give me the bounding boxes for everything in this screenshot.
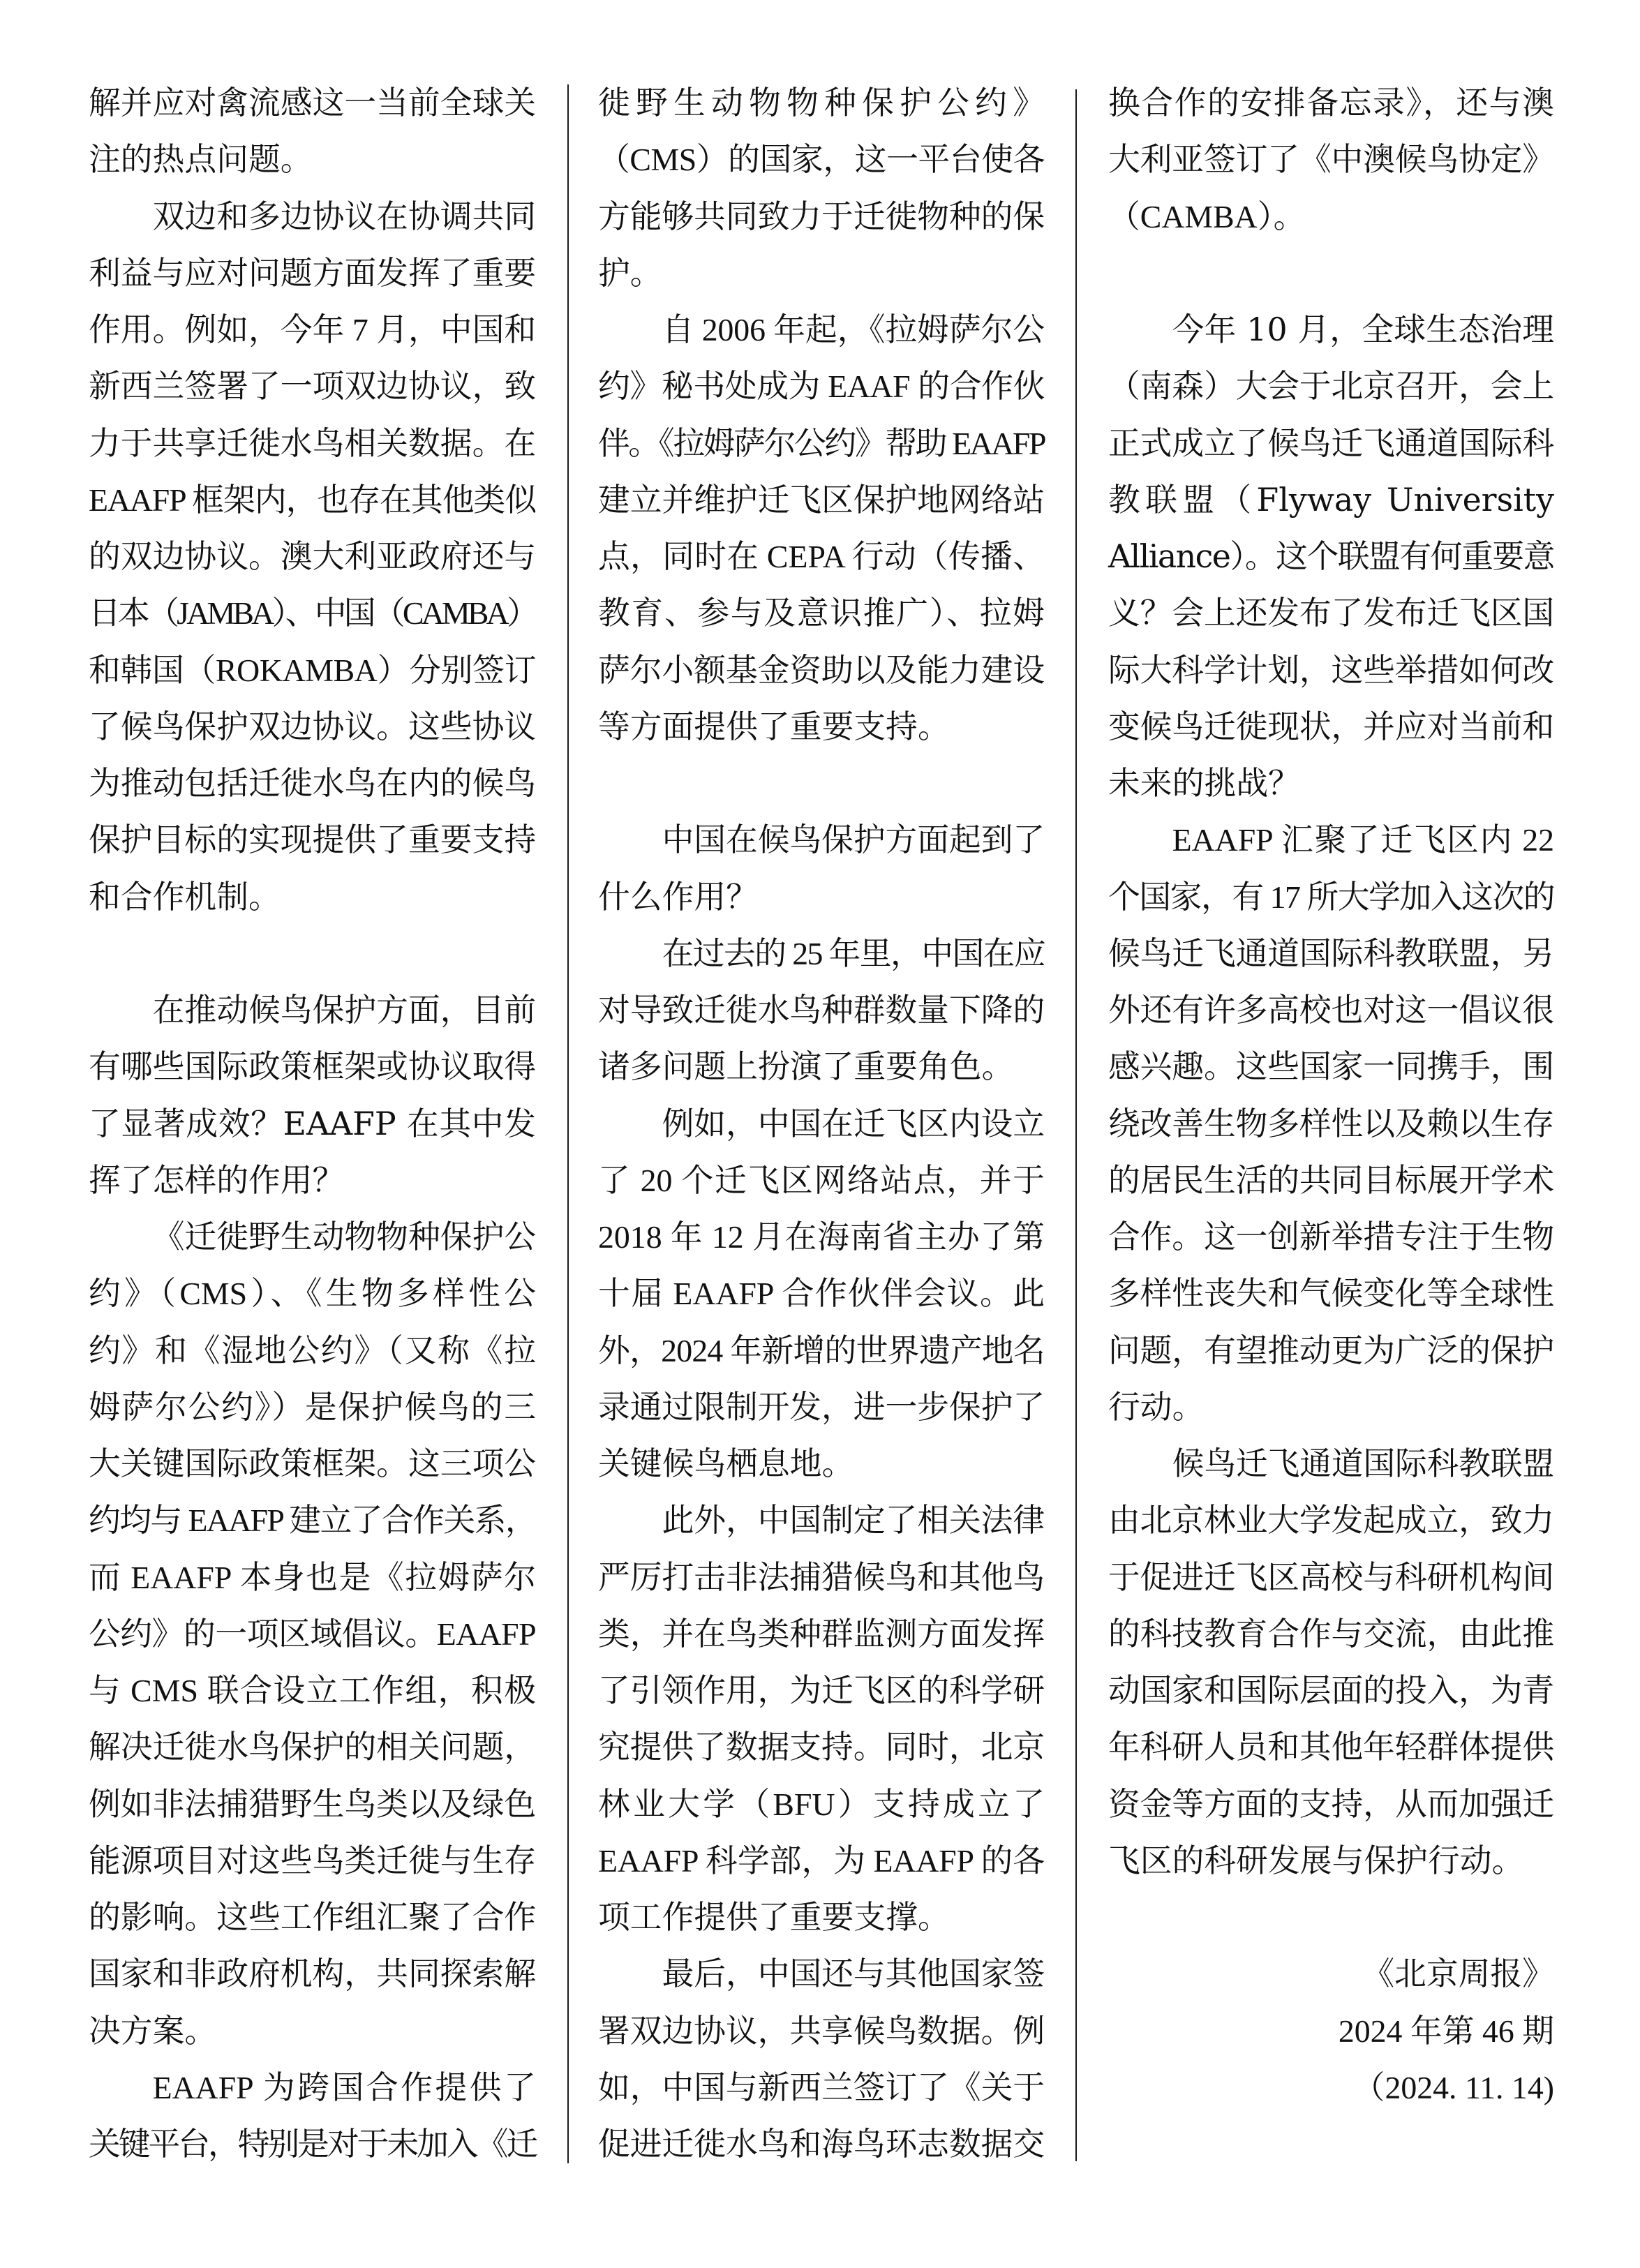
- blank-line: [89, 925, 536, 982]
- text-line: 什么作用？: [598, 869, 1045, 925]
- text-line: 促进迁徙水鸟和海鸟环志数据交: [598, 2116, 1045, 2172]
- text-line: 约均与 EAAFP 建立了合作关系，: [89, 1492, 536, 1549]
- text-line: 外，2024 年新增的世界遗产地名: [598, 1322, 1045, 1379]
- text-line: 问题，有望推动更为广泛的保护: [1108, 1322, 1554, 1379]
- text-line: 例如，中国在迁飞区内设立: [598, 1096, 1045, 1152]
- text-line: 的居民生活的共同目标展开学术: [1108, 1152, 1554, 1209]
- question-paragraph: 在推动候鸟保护方面，目前 有哪些国际政策框架或协议取得 了显著成效？EAAFP …: [89, 982, 536, 1209]
- text-line: 的影响。这些工作组汇聚了合作: [89, 1889, 536, 1946]
- paragraph: 《迁徙野生动物物种保护公 约》（CMS）、《生物多样性公 约》和《湿地公约》（又…: [89, 1209, 536, 2059]
- text-line: 利益与应对问题方面发挥了重要: [89, 245, 536, 301]
- publication-date: （2024. 11. 14): [1108, 2059, 1554, 2116]
- text-line: 保护目标的实现提供了重要支持: [89, 812, 536, 868]
- text-line: 在推动候鸟保护方面，目前: [89, 982, 536, 1038]
- text-line: 年科研人员和其他年轻群体提供: [1108, 1719, 1554, 1775]
- text-line: 由北京林业大学发起成立，致力: [1108, 1492, 1554, 1549]
- text-line: 了引领作用，为迁飞区的科学研: [598, 1662, 1045, 1719]
- text-line: 为推动包括迁徙水鸟在内的候鸟: [89, 755, 536, 812]
- text-line: 的双边协议。澳大利亚政府还与: [89, 528, 536, 585]
- paragraph: 例如，中国在迁飞区内设立 了 20 个迁飞区网络站点，并于 2018 年 12 …: [598, 1096, 1045, 1493]
- paragraph-continued: 换合作的安排备忘录》，还与澳 大利亚签订了《中澳候鸟协定》 （CAMBA）。: [1108, 75, 1554, 245]
- text-line: 约》和《湿地公约》（又称《拉: [89, 1322, 536, 1379]
- text-line: 作用。例如，今年 7 月，中国和: [89, 301, 536, 358]
- text-line: 伴。《拉姆萨尔公约》帮助 EAAFP: [598, 415, 1045, 472]
- text-line: 类，并在鸟类种群监测方面发挥: [598, 1606, 1045, 1662]
- article-page: { "page": { "background": "#ffffff", "te…: [0, 0, 1640, 2268]
- paragraph: 双边和多边协议在协调共同 利益与应对问题方面发挥了重要 作用。例如，今年 7 月…: [89, 188, 536, 925]
- text-line: 教育、参与及意识推广）、拉姆: [598, 585, 1045, 641]
- text-line: 了 20 个迁飞区网络站点，并于: [598, 1152, 1045, 1209]
- text-line: （CMS）的国家，这一平台使各: [598, 131, 1045, 188]
- paragraph: 此外，中国制定了相关法律 严厉打击非法捕猎候鸟和其他鸟 类，并在鸟类种群监测方面…: [598, 1492, 1045, 1946]
- text-line: 变候鸟迁徙现状，并应对当前和: [1108, 699, 1554, 755]
- text-line: 点，同时在 CEPA 行动（传播、: [598, 528, 1045, 585]
- text-line: 教联盟（Flyway University: [1108, 472, 1554, 528]
- text-line: 与 CMS 联合设立工作组，积极: [89, 1662, 536, 1719]
- text-line: 合作。这一创新举措专注于生物: [1108, 1209, 1554, 1265]
- question-paragraph: 今年 10 月，全球生态治理 （南森）大会于北京召开，会上 正式成立了候鸟迁飞通…: [1108, 301, 1554, 812]
- column-1: 解并应对禽流感这一当前全球关 注的热点问题。 双边和多边协议在协调共同 利益与应…: [89, 75, 536, 2172]
- text-line: 多样性丧失和气候变化等全球性: [1108, 1265, 1554, 1322]
- text-line: 萨尔小额基金资助以及能力建设: [598, 642, 1045, 699]
- paragraph: 在过去的 25 年里，中国在应 对导致迁徙水鸟种群数量下降的 诸多问题上扮演了重…: [598, 925, 1045, 1096]
- text-line: 方能够共同致力于迁徙物种的保: [598, 188, 1045, 245]
- text-line: 约》（CMS）、《生物多样性公: [89, 1265, 536, 1322]
- text-line: 《迁徙野生动物物种保护公: [89, 1209, 536, 1265]
- text-line: 于促进迁飞区高校与科研机构间: [1108, 1549, 1554, 1606]
- paragraph-continues: EAAFP 为跨国合作提供了 关键平台，特别是对于未加入《迁: [89, 2059, 536, 2173]
- blank-line: [598, 755, 1045, 812]
- text-line: 此外，中国制定了相关法律: [598, 1492, 1045, 1549]
- text-line: EAAFP 框架内，也存在其他类似: [89, 472, 536, 528]
- text-line: 2018 年 12 月在海南省主办了第: [598, 1209, 1045, 1265]
- text-line: 候鸟迁飞通道国际科教联盟，另: [1108, 925, 1554, 982]
- text-line: Alliance）。这个联盟有何重要意: [1108, 528, 1554, 585]
- text-line: 个国家，有 17 所大学加入这次的: [1108, 869, 1554, 925]
- text-line: 姆萨尔公约》）是保护候鸟的三: [89, 1379, 536, 1435]
- text-line: 行动。: [1108, 1379, 1554, 1435]
- text-line: 未来的挑战？: [1108, 755, 1554, 812]
- text-line: 国家和非政府机构，共同探索解: [89, 1946, 536, 2002]
- text-line: 飞区的科研发展与保护行动。: [1108, 1833, 1554, 1889]
- text-line: 约》秘书处成为 EAAF 的合作伙: [598, 358, 1045, 415]
- column-2: 徙野生动物物种保护公约》 （CMS）的国家，这一平台使各 方能够共同致力于迁徙物…: [598, 75, 1045, 2172]
- text-line: 动国家和国际层面的投入，为青: [1108, 1662, 1554, 1719]
- text-line: 而 EAAFP 本身也是《拉姆萨尔: [89, 1549, 536, 1606]
- text-line: 日本（JAMBA）、中国（CAMBA）: [89, 585, 536, 641]
- text-line: 换合作的安排备忘录》，还与澳: [1108, 75, 1554, 131]
- paragraph-continued: 徙野生动物物种保护公约》 （CMS）的国家，这一平台使各 方能够共同致力于迁徙物…: [598, 75, 1045, 301]
- text-line: 公约》的一项区域倡议。EAAFP: [89, 1606, 536, 1662]
- text-line: 决方案。: [89, 2003, 536, 2059]
- text-line: 正式成立了候鸟迁飞通道国际科: [1108, 415, 1554, 472]
- text-line: EAAFP 科学部，为 EAAFP 的各: [598, 1833, 1045, 1889]
- source-attribution: 《北京周报》 2024 年第 46 期 （2024. 11. 14): [1108, 1946, 1554, 2116]
- text-line: 资金等方面的支持，从而加强迁: [1108, 1776, 1554, 1833]
- text-line: 关键平台，特别是对于未加入《迁: [89, 2116, 536, 2172]
- text-line: 注的热点问题。: [89, 131, 536, 188]
- text-line: 关键候鸟栖息地。: [598, 1435, 1045, 1492]
- paragraph: 候鸟迁飞通道国际科教联盟 由北京林业大学发起成立，致力 于促进迁飞区高校与科研机…: [1108, 1435, 1554, 1889]
- text-line: EAAFP 为跨国合作提供了: [89, 2059, 536, 2116]
- text-line: 自 2006 年起，《拉姆萨尔公: [598, 301, 1045, 358]
- paragraph: EAAFP 汇聚了迁飞区内 22 个国家，有 17 所大学加入这次的 候鸟迁飞通…: [1108, 812, 1554, 1435]
- text-line: 在过去的 25 年里，中国在应: [598, 925, 1045, 982]
- text-line: 候鸟迁飞通道国际科教联盟: [1108, 1435, 1554, 1492]
- text-line: 署双边协议，共享候鸟数据。例: [598, 2003, 1045, 2059]
- paragraph: 自 2006 年起，《拉姆萨尔公 约》秘书处成为 EAAF 的合作伙 伴。《拉姆…: [598, 301, 1045, 755]
- text-line: 和韩国（ROKAMBA）分别签订: [89, 642, 536, 699]
- column-divider-2: [1075, 89, 1077, 2161]
- text-line: 了显著成效？EAAFP 在其中发: [89, 1096, 536, 1152]
- text-line: 双边和多边协议在协调共同: [89, 188, 536, 245]
- text-line: 有哪些国际政策框架或协议取得: [89, 1038, 536, 1095]
- text-line: 新西兰签署了一项双边协议，致: [89, 358, 536, 415]
- text-line: 际大科学计划，这些举措如何改: [1108, 642, 1554, 699]
- text-line: 例如非法捕猎野生鸟类以及绿色: [89, 1776, 536, 1833]
- text-line: 外还有许多高校也对这一倡议很: [1108, 982, 1554, 1038]
- column-3: 换合作的安排备忘录》，还与澳 大利亚签订了《中澳候鸟协定》 （CAMBA）。 今…: [1108, 75, 1554, 2116]
- text-line: 护。: [598, 245, 1045, 301]
- text-line: 对导致迁徙水鸟种群数量下降的: [598, 982, 1045, 1038]
- text-line: 今年 10 月，全球生态治理: [1108, 301, 1554, 358]
- text-line: 严厉打击非法捕猎候鸟和其他鸟: [598, 1549, 1045, 1606]
- text-line: 力于共享迁徙水鸟相关数据。在: [89, 415, 536, 472]
- text-line: 如，中国与新西兰签订了《关于: [598, 2059, 1045, 2116]
- blank-line: [1108, 245, 1554, 301]
- text-line: （南森）大会于北京召开，会上: [1108, 358, 1554, 415]
- text-line: 大关键国际政策框架。这三项公: [89, 1435, 536, 1492]
- text-line: 建立并维护迁飞区保护地网络站: [598, 472, 1045, 528]
- text-line: 挥了怎样的作用？: [89, 1152, 536, 1209]
- text-line: 绕改善生物多样性以及赖以生存: [1108, 1096, 1554, 1152]
- text-line: 的科技教育合作与交流，由此推: [1108, 1606, 1554, 1662]
- text-line: 林业大学（BFU）支持成立了: [598, 1776, 1045, 1833]
- paragraph-continued: 解并应对禽流感这一当前全球关 注的热点问题。: [89, 75, 536, 188]
- text-line: 解决迁徙水鸟保护的相关问题，: [89, 1719, 536, 1775]
- text-line: 和合作机制。: [89, 869, 536, 925]
- paragraph-continues: 最后，中国还与其他国家签 署双边协议，共享候鸟数据。例 如，中国与新西兰签订了《…: [598, 1946, 1045, 2172]
- text-line: 等方面提供了重要支持。: [598, 699, 1045, 755]
- text-line: 项工作提供了重要支撑。: [598, 1889, 1045, 1946]
- text-line: 徙野生动物物种保护公约》: [598, 75, 1045, 131]
- blank-line: [1108, 1889, 1554, 1946]
- column-divider-1: [567, 84, 569, 2163]
- text-line: 感兴趣。这些国家一同携手，围: [1108, 1038, 1554, 1095]
- text-line: 义？会上还发布了发布迁飞区国: [1108, 585, 1554, 641]
- text-line: 十届 EAAFP 合作伙伴会议。此: [598, 1265, 1045, 1322]
- text-line: 了候鸟保护双边协议。这些协议: [89, 699, 536, 755]
- text-line: 究提供了数据支持。同时，北京: [598, 1719, 1045, 1775]
- issue-number: 2024 年第 46 期: [1108, 2003, 1554, 2059]
- question-paragraph: 中国在候鸟保护方面起到了 什么作用？: [598, 812, 1045, 925]
- text-line: 最后，中国还与其他国家签: [598, 1946, 1045, 2002]
- text-line: EAAFP 汇聚了迁飞区内 22: [1108, 812, 1554, 868]
- text-line: 解并应对禽流感这一当前全球关: [89, 75, 536, 131]
- text-line: 能源项目对这些鸟类迁徙与生存: [89, 1833, 536, 1889]
- text-line: 录通过限制开发，进一步保护了: [598, 1379, 1045, 1435]
- text-line: 大利亚签订了《中澳候鸟协定》: [1108, 131, 1554, 188]
- text-line: 诸多问题上扮演了重要角色。: [598, 1038, 1045, 1095]
- text-line: 中国在候鸟保护方面起到了: [598, 812, 1045, 868]
- publication-name: 《北京周报》: [1108, 1946, 1554, 2002]
- text-line: （CAMBA）。: [1108, 188, 1554, 245]
